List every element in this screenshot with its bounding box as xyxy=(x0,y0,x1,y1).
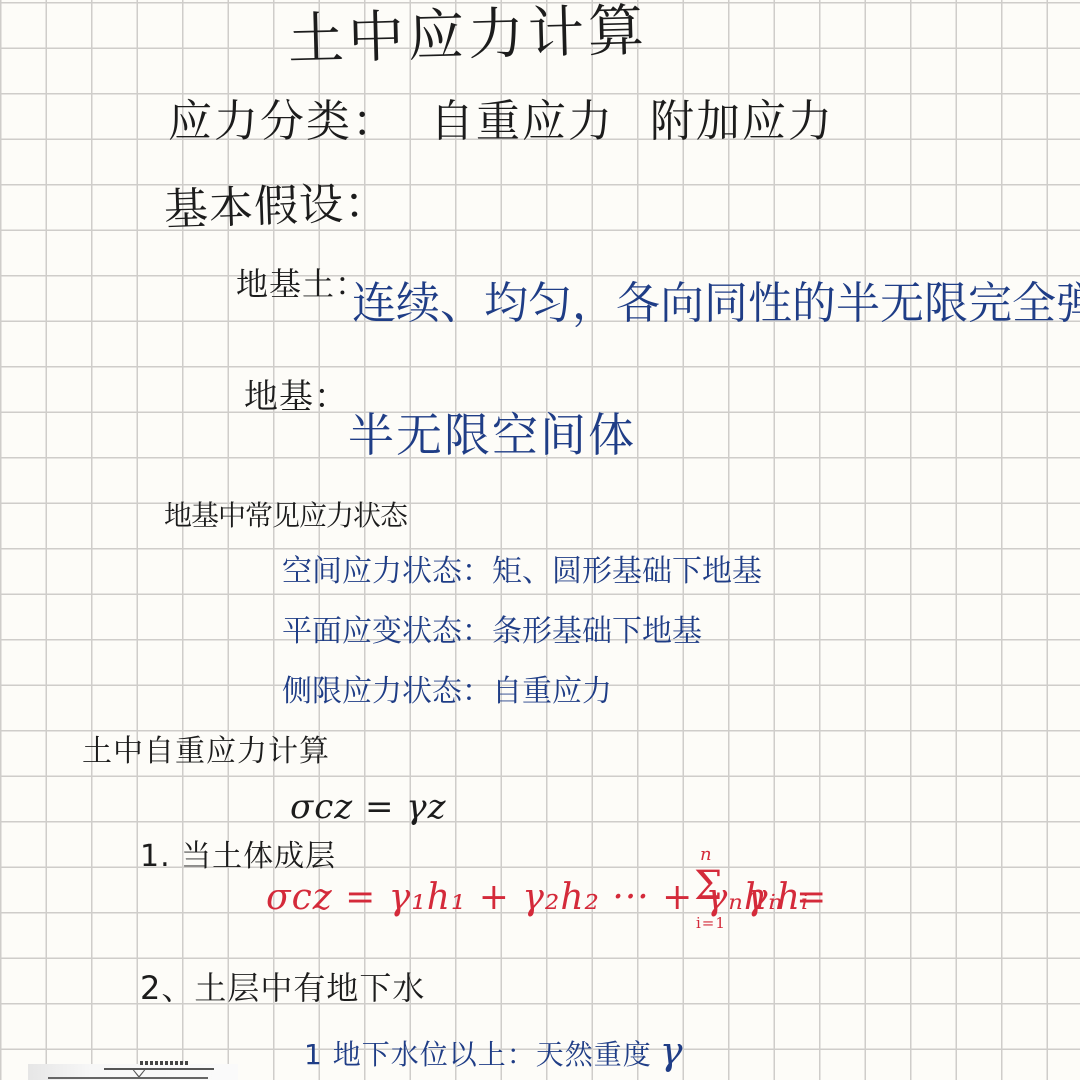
state-value: 条形基础下地基 xyxy=(492,614,702,649)
summation-term: γᵢhᵢ xyxy=(746,880,809,916)
summation-symbol: Σ xyxy=(694,866,723,906)
diagram-label xyxy=(140,1061,188,1065)
layered-formula-lhs: σcz = γ₁h₁ + γ₂h₂ ··· + γₙhₙ = xyxy=(266,880,827,916)
assumptions-heading: 基本假设： xyxy=(163,181,389,233)
soil-label: 地基土： xyxy=(236,268,368,300)
summation-lower-limit: i=1 xyxy=(696,916,726,931)
classification-item-self-weight: 自重应力 xyxy=(430,96,614,147)
case2-label: 2、土层中有地下水 xyxy=(140,972,425,1004)
state-item-spatial: 空间应力状态：矩、圆形基础下地基 xyxy=(282,557,762,587)
self-weight-heading: 土中自重应力计算 xyxy=(82,737,330,767)
state-item-plane-strain: 平面应变状态：条形基础下地基 xyxy=(282,617,702,647)
unit-weight-symbol: γ xyxy=(660,1029,684,1073)
groundwater-diagram-partial xyxy=(28,1064,238,1080)
common-states-heading: 地基中常见应力状态 xyxy=(164,502,407,530)
groundwater-sub-text: 1 地下水位以上：天然重度 xyxy=(304,1038,652,1071)
state-label: 侧限应力状态： xyxy=(282,674,492,709)
state-label: 平面应变状态： xyxy=(282,614,492,649)
stress-classification-line: 应力分类：自重应力附加应力 xyxy=(168,100,834,144)
foundation-assumption-value: 半无限空间体 xyxy=(348,412,636,458)
self-weight-formula: σcz = γz xyxy=(290,790,447,824)
soil-assumption-value: 连续、均匀，各向同性的半无限完全弹性体 xyxy=(352,282,1080,326)
classification-item-additional: 附加应力 xyxy=(650,96,834,147)
foundation-label: 地基： xyxy=(244,380,349,414)
summation-upper-limit: n xyxy=(700,846,713,864)
state-item-confined: 侧限应力状态：自重应力 xyxy=(282,677,612,707)
page-title: 土中应力计算 xyxy=(287,3,648,68)
state-label: 空间应力状态： xyxy=(282,554,492,589)
case1-label: 1. 当土体成层 xyxy=(140,842,336,872)
state-value: 矩、圆形基础下地基 xyxy=(492,554,762,589)
ground-surface-line xyxy=(48,1077,208,1079)
state-value: 自重应力 xyxy=(492,674,612,709)
water-table-line xyxy=(104,1068,214,1070)
classification-label: 应力分类： xyxy=(168,96,398,147)
groundwater-sub-item: 1 地下水位以上：天然重度γ xyxy=(304,1032,683,1070)
